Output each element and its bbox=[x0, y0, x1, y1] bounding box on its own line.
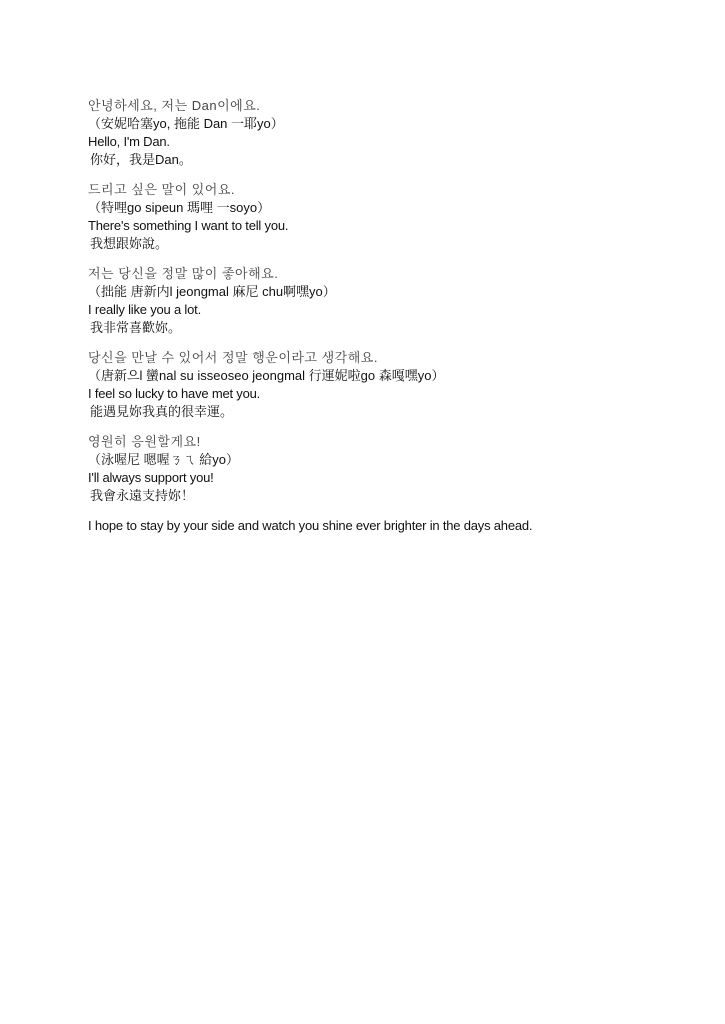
romanization-line: （唐新으l 蠻nal su isseoseo jeongmal 行運妮啦go 森… bbox=[88, 367, 688, 385]
romanization-line: （安妮哈塞yo, 拖能 Dan 一耶yo） bbox=[88, 115, 688, 133]
korean-line: 저는 당신을 정말 많이 좋아해요. bbox=[88, 265, 688, 283]
document-page: 안녕하세요, 저는 Dan이에요. （安妮哈塞yo, 拖能 Dan 一耶yo） … bbox=[88, 97, 688, 535]
english-line: I feel so lucky to have met you. bbox=[88, 385, 688, 403]
chinese-line: 我非常喜歡妳。 bbox=[88, 319, 688, 337]
korean-line: 안녕하세요, 저는 Dan이에요. bbox=[88, 97, 688, 115]
romanization-line: （拙能 唐新内l jeongmal 麻尼 chu啊嘿yo） bbox=[88, 283, 688, 301]
chinese-line: 我想跟妳說。 bbox=[88, 235, 688, 253]
closing-paragraph: I hope to stay by your side and watch yo… bbox=[88, 517, 688, 535]
romanization-line: （特哩go sipeun 瑪哩 一soyo） bbox=[88, 199, 688, 217]
english-line: I'll always support you! bbox=[88, 469, 688, 487]
english-line: There's something I want to tell you. bbox=[88, 217, 688, 235]
chinese-line: 能遇見妳我真的很幸運。 bbox=[88, 403, 688, 421]
chinese-line: 你好，我是Dan。 bbox=[88, 151, 688, 169]
english-line: Hello, I'm Dan. bbox=[88, 133, 688, 151]
chinese-line: 我會永遠支持妳！ bbox=[88, 487, 688, 505]
phrase-block-3: 저는 당신을 정말 많이 좋아해요. （拙能 唐新内l jeongmal 麻尼 … bbox=[88, 265, 688, 337]
korean-line: 당신을 만날 수 있어서 정말 행운이라고 생각해요. bbox=[88, 349, 688, 367]
phrase-block-5: 영원히 응원할게요! （泳喔尼 嗯喔ㄋㄟ 給yo） I'll always su… bbox=[88, 433, 688, 505]
phrase-block-1: 안녕하세요, 저는 Dan이에요. （安妮哈塞yo, 拖能 Dan 一耶yo） … bbox=[88, 97, 688, 169]
korean-line: 영원히 응원할게요! bbox=[88, 433, 688, 451]
korean-line: 드리고 싶은 말이 있어요. bbox=[88, 181, 688, 199]
phrase-block-4: 당신을 만날 수 있어서 정말 행운이라고 생각해요. （唐新으l 蠻nal s… bbox=[88, 349, 688, 421]
romanization-line: （泳喔尼 嗯喔ㄋㄟ 給yo） bbox=[88, 451, 688, 469]
phrase-block-2: 드리고 싶은 말이 있어요. （特哩go sipeun 瑪哩 一soyo） Th… bbox=[88, 181, 688, 253]
english-line: I really like you a lot. bbox=[88, 301, 688, 319]
